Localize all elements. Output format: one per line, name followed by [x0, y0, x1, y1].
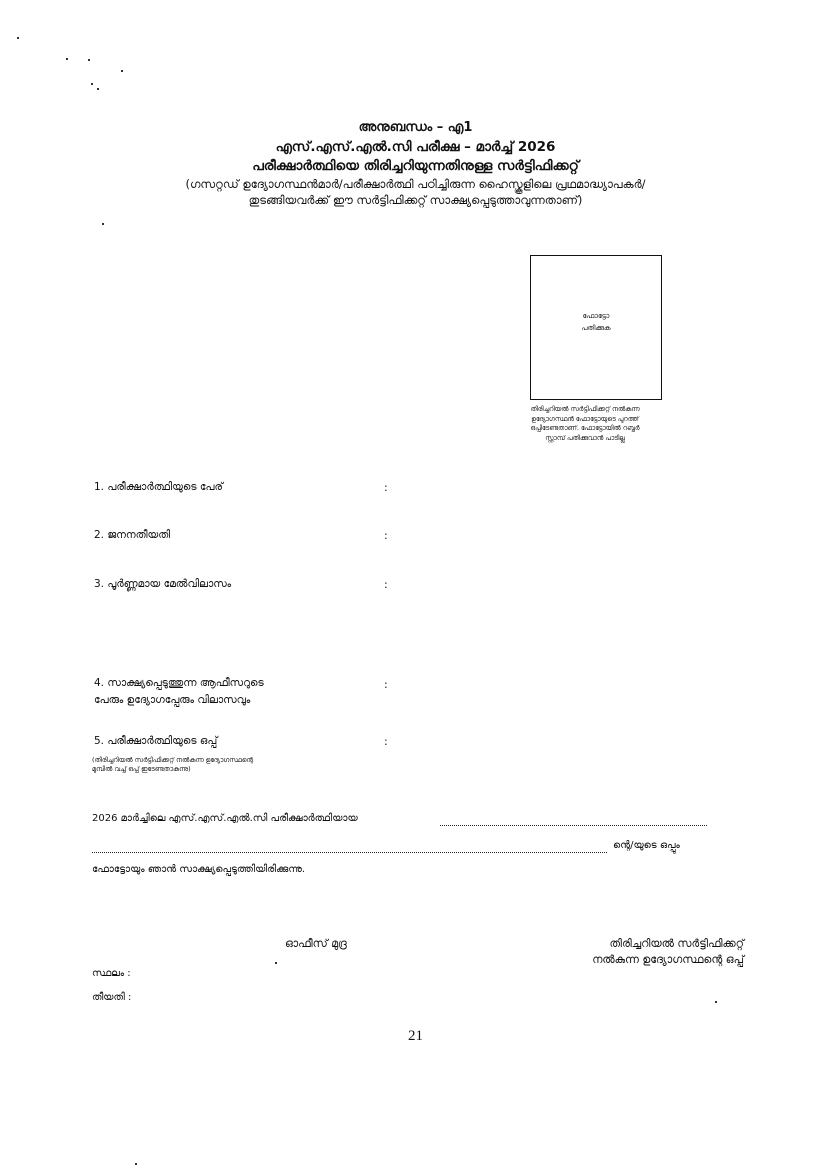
- field-label-address: 3. പൂർണ്ണമായ മേൽവിലാസം: [94, 576, 231, 593]
- photo-placeholder-box: ഫോട്ടോ പതിക്കുക: [530, 255, 662, 400]
- instruction-line-1: (ഗസറ്റഡ് ഉദ്യോഗസ്ഥൻമാർ/പരീക്ഷാർത്ഥി പഠിച…: [0, 177, 831, 192]
- field-colon-address: :: [384, 578, 388, 591]
- annex-heading: അനുബന്ധം – എ1: [0, 120, 831, 135]
- declaration-line-1: 2026 മാർച്ചിലെ എസ്.എസ്.എൽ.സി പരീക്ഷാർത്ഥ…: [92, 813, 358, 824]
- declaration-line-2-suffix: ന്റെ/യുടെ ഒപ്പും: [613, 840, 680, 851]
- candidate-name-blank: [440, 825, 707, 826]
- field-colon-officer: :: [384, 678, 388, 691]
- office-seal-label: ഓഫീസ് മുദ്ര: [285, 936, 347, 952]
- field-label-name: 1. പരീക്ഷാർത്ഥിയുടെ പേര്: [94, 479, 223, 496]
- field-colon-name: :: [384, 481, 388, 494]
- field-label-dob: 2. ജനനതീയതി: [94, 527, 170, 544]
- field-colon-signature: :: [384, 735, 388, 748]
- instruction-line-2: തുടങ്ങിയവർക്ക് ഈ സർട്ടിഫിക്കറ്റ് സാക്ഷ്യ…: [0, 193, 831, 208]
- field-colon-dob: :: [384, 529, 388, 542]
- field-label-officer: 4. സാക്ഷ്യപ്പെടുത്തുന്ന ആഫീസറുടെ പേരും ഉ…: [94, 675, 264, 709]
- candidate-name-blank-continued: [92, 852, 607, 853]
- exam-title: എസ്.എസ്.എൽ.സി പരീക്ഷ – മാർച്ച് 2026: [0, 139, 831, 155]
- field-label-signature: 5. പരീക്ഷാർത്ഥിയുടെ ഒപ്പ്: [94, 733, 217, 750]
- declaration-line-3: ഫോട്ടോയും ഞാൻ സാക്ഷ്യപ്പെടുത്തിയിരിക്കുന…: [92, 864, 305, 875]
- photo-caption: തിരിച്ചറിയൽ സർട്ടിഫിക്കറ്റ് നൽകുന്ന ഉദ്യ…: [500, 405, 670, 443]
- date-label: തീയതി :: [92, 992, 131, 1003]
- certificate-title: പരീക്ഷാർത്ഥിയെ തിരിച്ചറിയുന്നതിനുള്ള സർട…: [0, 158, 831, 174]
- photo-label: ഫോട്ടോ പതിക്കുക: [531, 310, 661, 334]
- issuing-officer-signature-label: തിരിച്ചറിയൽ സർട്ടിഫിക്കറ്റ് നൽകുന്ന ഉദ്യ…: [568, 936, 744, 968]
- page-number: 21: [0, 1028, 831, 1045]
- signature-note: (തിരിച്ചറിയൽ സർട്ടിഫിക്കറ്റ് നൽകുന്ന ഉദ്…: [92, 756, 253, 774]
- place-label: സ്ഥലം :: [92, 968, 131, 979]
